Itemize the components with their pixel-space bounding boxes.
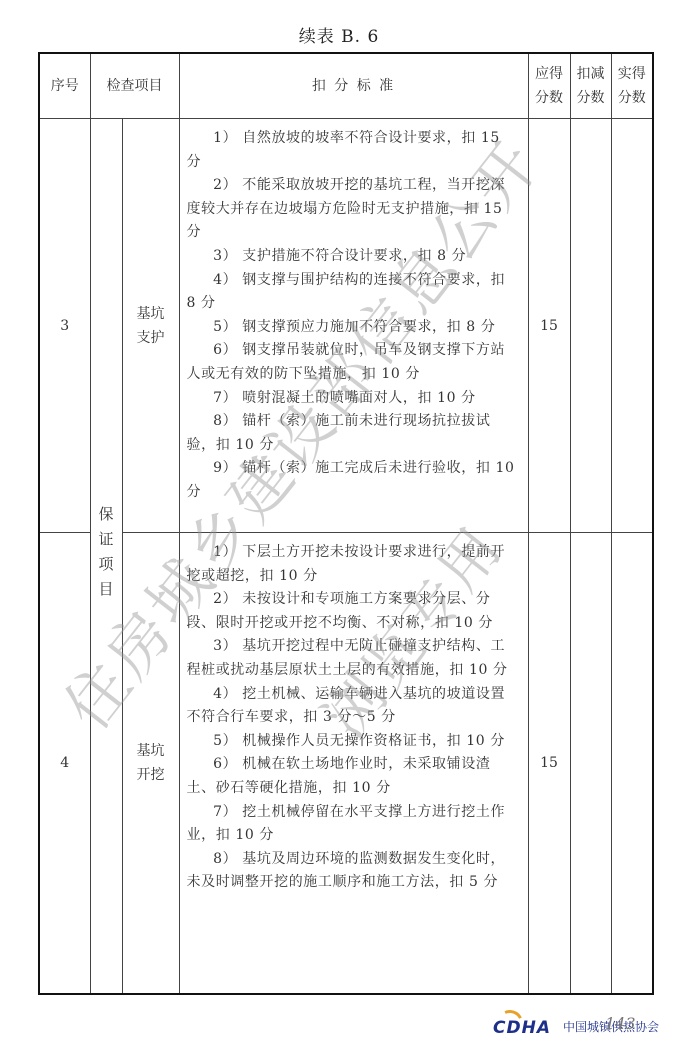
inspection-table: 序号 检查项目 扣 分 标 准 应得 分数 扣减 分数 实得 分数 3 保证项目… (38, 52, 654, 995)
row-item: 基坑 开挖 (122, 533, 179, 994)
header-item: 检查项目 (90, 53, 179, 119)
criteria-item: 5） 钢支撑预应力施加不符合要求，扣 8 分 (187, 316, 520, 340)
criteria-item: 2） 未按设计和专项施工方案要求分层、分段、限时开挖或开挖不均衡、不对称，扣 1… (187, 588, 520, 635)
row-deduct-points (570, 533, 611, 994)
table-row: 3 保证项目 基坑 支护 1） 自然放坡的坡率不符合设计要求，扣 15 分 2）… (39, 119, 653, 533)
criteria-item: 7） 喷射混凝土的喷嘴面对人，扣 10 分 (187, 387, 520, 411)
criteria-item: 6） 钢支撑吊装就位时，吊车及钢支撑下方站人或无有效的防下坠措施，扣 10 分 (187, 339, 520, 386)
header-seq: 序号 (39, 53, 90, 119)
criteria-item: 8） 锚杆（索）施工前未进行现场抗拉拔试验，扣 10 分 (187, 410, 520, 457)
header-deduct-points: 扣减 分数 (570, 53, 611, 119)
criteria-item: 2） 不能采取放坡开挖的基坑工程，当开挖深度较大并存在边坡塌方危险时无支护措施，… (187, 174, 520, 245)
criteria-item: 7） 挖土机械停留在水平支撑上方进行挖土作业，扣 10 分 (187, 801, 520, 848)
criteria-item: 4） 钢支撑与围护结构的连接不符合要求，扣 8 分 (187, 269, 520, 316)
row-seq: 4 (39, 533, 90, 994)
criteria-item: 1） 自然放坡的坡率不符合设计要求，扣 15 分 (187, 127, 520, 174)
cdha-logo-icon: CDHA (493, 1014, 557, 1038)
criteria-item: 8） 基坑及周边环境的监测数据发生变化时，未及时调整开挖的施工顺序和施工方法，扣… (187, 848, 520, 895)
row-due-points: 15 (528, 533, 570, 994)
row-seq: 3 (39, 119, 90, 533)
table-row: 4 基坑 开挖 1） 下层土方开挖未按设计要求进行，提前开挖或超挖，扣 10 分… (39, 533, 653, 994)
table-caption: 续表 B. 6 (0, 22, 678, 47)
row-due-points: 15 (528, 119, 570, 533)
criteria-item: 4） 挖土机械、运输车辆进入基坑的坡道设置不符合行车要求，扣 3 分～5 分 (187, 683, 520, 730)
criteria-item: 3） 基坑开挖过程中无防止碰撞支护结构、工程桩或扰动基层原状土土层的有效措施，扣… (187, 635, 520, 682)
criteria-item: 6） 机械在软土场地作业时，未采取铺设渣土、砂石等硬化措施，扣 10 分 (187, 753, 520, 800)
row-criteria: 1） 下层土方开挖未按设计要求进行，提前开挖或超挖，扣 10 分 2） 未按设计… (179, 533, 528, 994)
row-criteria: 1） 自然放坡的坡率不符合设计要求，扣 15 分 2） 不能采取放坡开挖的基坑工… (179, 119, 528, 533)
criteria-item: 5） 机械操作人员无操作资格证书，扣 10 分 (187, 730, 520, 754)
criteria-item: 1） 下层土方开挖未按设计要求进行，提前开挖或超挖，扣 10 分 (187, 541, 520, 588)
category-cell: 保证项目 (90, 119, 122, 994)
criteria-item: 3） 支护措施不符合设计要求，扣 8 分 (187, 245, 520, 269)
row-item: 基坑 支护 (122, 119, 179, 533)
row-deduct-points (570, 119, 611, 533)
row-actual-points (611, 533, 653, 994)
header-due-points: 应得 分数 (528, 53, 570, 119)
category-label: 保证项目 (96, 506, 117, 606)
header-row: 序号 检查项目 扣 分 标 准 应得 分数 扣减 分数 实得 分数 (39, 53, 653, 119)
header-criteria: 扣 分 标 准 (179, 53, 528, 119)
criteria-item: 9） 锚杆（索）施工完成后未进行验收，扣 10 分 (187, 457, 520, 504)
header-actual-points: 实得 分数 (611, 53, 653, 119)
row-actual-points (611, 119, 653, 533)
page-number: 143 (605, 1014, 636, 1033)
